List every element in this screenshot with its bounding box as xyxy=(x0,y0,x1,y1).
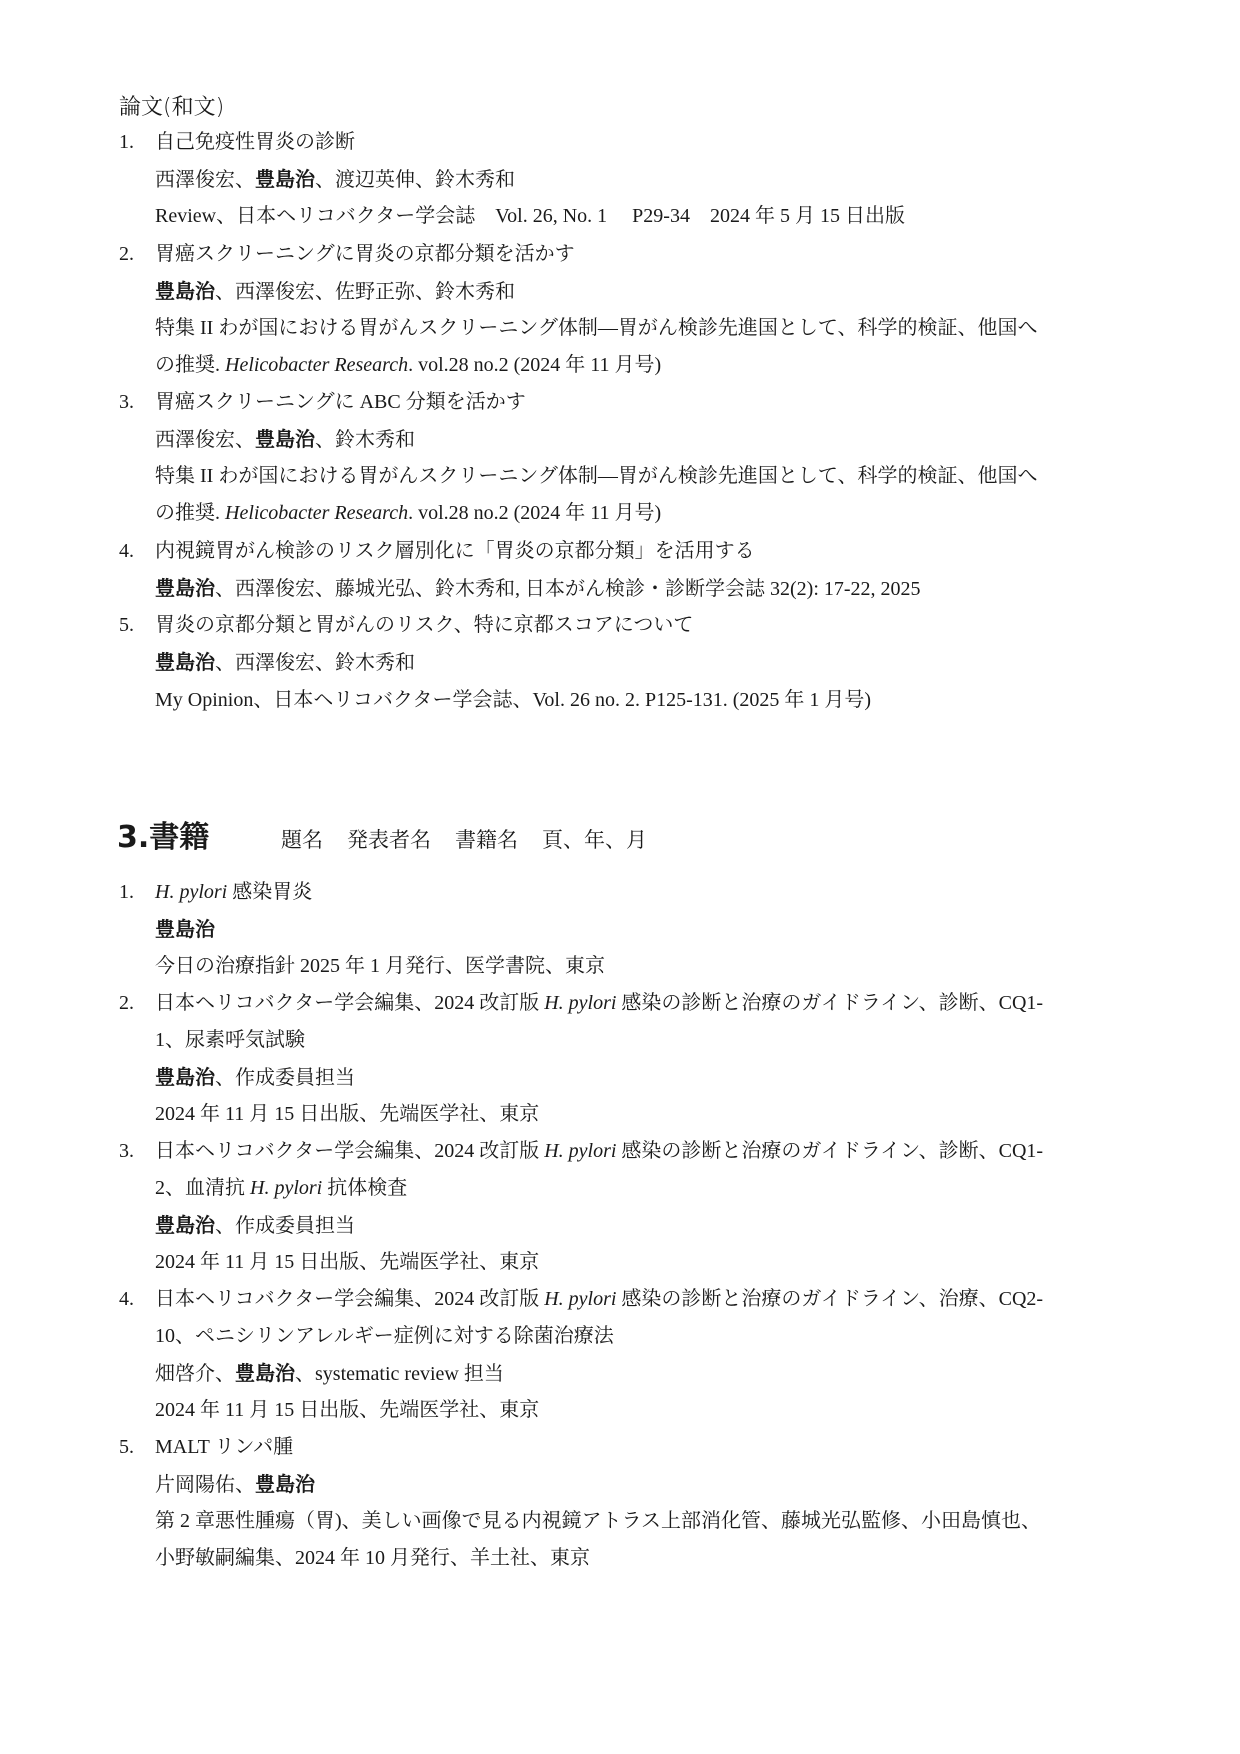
book-1-number: 1. xyxy=(119,878,134,906)
book-5-publication-line1: 第 2 章悪性腫瘍（胃)、美しい画像で見る内視鏡アトラス上部消化管、藤城光弘監修… xyxy=(155,1507,1041,1535)
book-3-publication: 2024 年 11 月 15 日出版、先端医学社、東京 xyxy=(155,1248,539,1276)
book-2-authors: 豊島治、作成委員担当 xyxy=(155,1063,355,1092)
column-book: 書籍名 xyxy=(455,828,518,852)
title-text: 日本ヘリコバクター学会編集、2024 改訂版 xyxy=(155,992,544,1014)
title-text: 感染胃炎 xyxy=(227,881,312,903)
source-text: の推奨. xyxy=(155,354,225,376)
paper-5-source: My Opinion、日本ヘリコバクター学会誌、Vol. 26 no. 2. P… xyxy=(155,686,871,714)
paper-5-authors: 豊島治、西澤俊宏、鈴木秀和 xyxy=(155,648,415,677)
source-text: . vol.28 no.2 (2024 年 11 月号) xyxy=(408,502,661,524)
book-3-authors: 豊島治、作成委員担当 xyxy=(155,1211,355,1240)
paper-2-number: 2. xyxy=(119,240,134,268)
author-highlight: 豊島治 xyxy=(255,1472,315,1496)
author-text: 、作成委員担当 xyxy=(215,1215,355,1237)
paper-2-authors: 豊島治、西澤俊宏、佐野正弥、鈴木秀和 xyxy=(155,277,515,306)
book-1-title: H. pylori 感染胃炎 xyxy=(155,878,312,906)
title-text: 感染の診断と治療のガイドライン、診断、CQ1- xyxy=(616,992,1043,1014)
source-text: の推奨. xyxy=(155,502,225,524)
author-highlight: 豊島治 xyxy=(255,427,315,451)
journal-name: Helicobacter Research xyxy=(225,502,408,524)
paper-3-source-line1: 特集 II わが国における胃がんスクリーニング体制―胃がん検診先進国として、科学… xyxy=(155,462,1038,490)
paper-1-source: Review、日本ヘリコバクター学会誌 Vol. 26, No. 1 P29-3… xyxy=(155,202,905,230)
author-text: 、西澤俊宏、佐野正弥、鈴木秀和 xyxy=(215,281,515,303)
paper-5-number: 5. xyxy=(119,611,134,639)
book-5-authors: 片岡陽佑、豊島治 xyxy=(155,1470,315,1499)
book-1-publication: 今日の治療指針 2025 年 1 月発行、医学書院、東京 xyxy=(155,952,605,980)
author-highlight: 豊島治 xyxy=(255,167,315,191)
author-text: 、作成委員担当 xyxy=(215,1067,355,1089)
paper-5-title: 胃炎の京都分類と胃がんのリスク、特に京都スコアについて xyxy=(155,611,693,639)
title-text: 感染の診断と治療のガイドライン、診断、CQ1- xyxy=(616,1140,1043,1162)
book-3-title-line1: 日本ヘリコバクター学会編集、2024 改訂版 H. pylori 感染の診断と治… xyxy=(155,1137,1043,1165)
paper-1-title: 自己免疫性胃炎の診断 xyxy=(155,128,355,156)
book-5-publication-line2: 小野敏嗣編集、2024 年 10 月発行、羊土社、東京 xyxy=(155,1544,590,1572)
book-3-number: 3. xyxy=(119,1137,134,1165)
papers-japanese-heading: 論文(和文) xyxy=(119,94,224,122)
book-4-publication: 2024 年 11 月 15 日出版、先端医学社、東京 xyxy=(155,1396,539,1424)
paper-1-authors: 西澤俊宏、豊島治、渡辺英伸、鈴木秀和 xyxy=(155,165,515,194)
title-text: 感染の診断と治療のガイドライン、治療、CQ2- xyxy=(616,1288,1043,1310)
author-text: 西澤俊宏、 xyxy=(155,169,255,191)
books-column-legend: 題名発表者名書籍名頁、年、月 xyxy=(281,826,671,854)
paper-1-number: 1. xyxy=(119,128,134,156)
paper-2-source-line1: 特集 II わが国における胃がんスクリーニング体制―胃がん検診先進国として、科学… xyxy=(155,314,1038,342)
species-name: H. pylori xyxy=(544,992,616,1014)
paper-3-title: 胃癌スクリーニングに ABC 分類を活かす xyxy=(155,388,526,416)
source-text: . vol.28 no.2 (2024 年 11 月号) xyxy=(408,354,661,376)
paper-2-source-line2: の推奨. Helicobacter Research. vol.28 no.2 … xyxy=(155,351,661,379)
author-text: 西澤俊宏、 xyxy=(155,429,255,451)
author-text: 片岡陽佑、 xyxy=(155,1474,255,1496)
book-4-authors: 畑啓介、豊島治、systematic review 担当 xyxy=(155,1359,504,1388)
book-5-title: MALT リンパ腫 xyxy=(155,1433,293,1461)
paper-3-source-line2: の推奨. Helicobacter Research. vol.28 no.2 … xyxy=(155,499,661,527)
books-section-title: 3.書籍 xyxy=(117,818,209,858)
paper-4-title: 内視鏡胃がん検診のリスク層別化に「胃炎の京都分類」を活用する xyxy=(155,537,755,565)
book-1-authors: 豊島治 xyxy=(155,915,215,944)
author-highlight: 豊島治 xyxy=(235,1361,295,1385)
author-highlight: 豊島治 xyxy=(155,1065,215,1089)
column-authors: 発表者名 xyxy=(347,828,431,852)
paper-3-authors: 西澤俊宏、豊島治、鈴木秀和 xyxy=(155,425,415,454)
title-text: 日本ヘリコバクター学会編集、2024 改訂版 xyxy=(155,1140,544,1162)
book-2-title-line2: 1、尿素呼気試験 xyxy=(155,1026,305,1054)
title-text: 2、血清抗 xyxy=(155,1177,250,1199)
author-text: 、渡辺英伸、鈴木秀和 xyxy=(315,169,515,191)
column-page-year-month: 頁、年、月 xyxy=(542,828,647,852)
author-text: 畑啓介、 xyxy=(155,1363,235,1385)
author-highlight: 豊島治 xyxy=(155,279,215,303)
title-text: 抗体検査 xyxy=(322,1177,407,1199)
book-4-number: 4. xyxy=(119,1285,134,1313)
species-name: H. pylori xyxy=(544,1288,616,1310)
paper-3-number: 3. xyxy=(119,388,134,416)
species-name: H. pylori xyxy=(250,1177,322,1199)
author-highlight: 豊島治 xyxy=(155,576,215,600)
author-text: 、鈴木秀和 xyxy=(315,429,415,451)
book-2-title-line1: 日本ヘリコバクター学会編集、2024 改訂版 H. pylori 感染の診断と治… xyxy=(155,989,1043,1017)
book-5-number: 5. xyxy=(119,1433,134,1461)
author-text: 、西澤俊宏、鈴木秀和 xyxy=(215,652,415,674)
author-text: 、西澤俊宏、藤城光弘、鈴木秀和, 日本がん検診・診断学会誌 32(2): 17-… xyxy=(215,578,921,600)
species-name: H. pylori xyxy=(544,1140,616,1162)
author-text: 、systematic review 担当 xyxy=(295,1363,504,1385)
column-title: 題名 xyxy=(281,828,323,852)
paper-4-authors: 豊島治、西澤俊宏、藤城光弘、鈴木秀和, 日本がん検診・診断学会誌 32(2): … xyxy=(155,574,921,603)
book-3-title-line2: 2、血清抗 H. pylori 抗体検査 xyxy=(155,1174,407,1202)
paper-2-title: 胃癌スクリーニングに胃炎の京都分類を活かす xyxy=(155,240,575,268)
species-name: H. pylori xyxy=(155,881,227,903)
author-highlight: 豊島治 xyxy=(155,1213,215,1237)
author-highlight: 豊島治 xyxy=(155,917,215,941)
document-page: 論文(和文) 1. 自己免疫性胃炎の診断 西澤俊宏、豊島治、渡辺英伸、鈴木秀和 … xyxy=(0,0,1240,1754)
author-highlight: 豊島治 xyxy=(155,650,215,674)
book-4-title-line1: 日本ヘリコバクター学会編集、2024 改訂版 H. pylori 感染の診断と治… xyxy=(155,1285,1043,1313)
journal-name: Helicobacter Research xyxy=(225,354,408,376)
book-2-number: 2. xyxy=(119,989,134,1017)
book-2-publication: 2024 年 11 月 15 日出版、先端医学社、東京 xyxy=(155,1100,539,1128)
book-4-title-line2: 10、ペニシリンアレルギー症例に対する除菌治療法 xyxy=(155,1322,614,1350)
paper-4-number: 4. xyxy=(119,537,134,565)
title-text: 日本ヘリコバクター学会編集、2024 改訂版 xyxy=(155,1288,544,1310)
